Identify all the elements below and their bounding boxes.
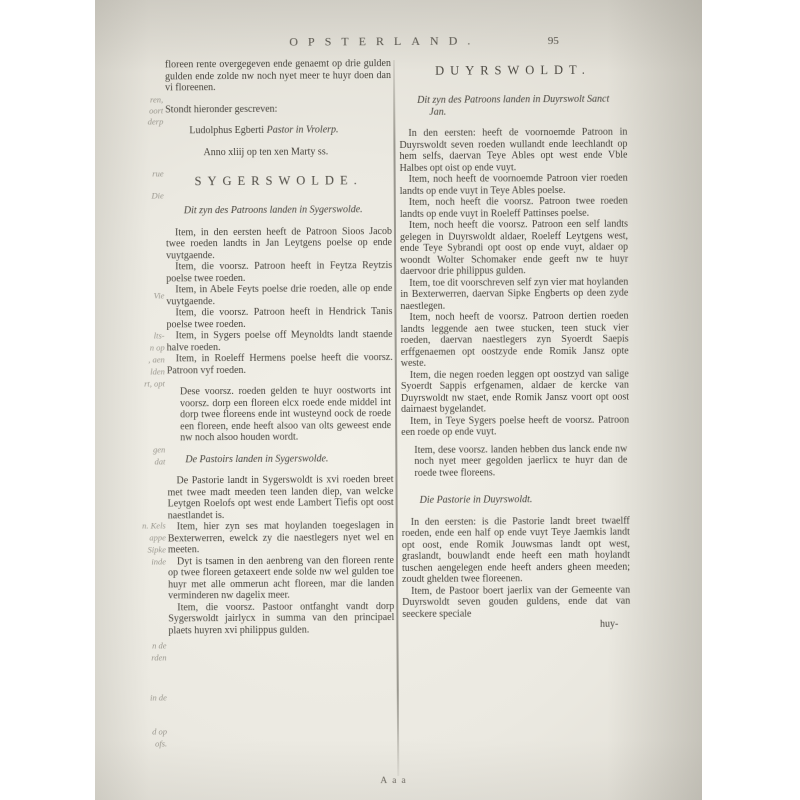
paragraph: Item, in Roeleff Hermens poelse heeft di… xyxy=(167,352,393,376)
margin-fragment: gen xyxy=(95,445,165,454)
column-left: floreen rente overgegeven ende genaemt o… xyxy=(165,58,395,636)
section-subheading: Die Pastorie in Duyrswoldt. xyxy=(414,494,626,507)
section-subheading: Dit zyn des Patroons landen in Sygerswol… xyxy=(178,204,388,217)
paragraph: In den eersten: heeft de voornoemde Patr… xyxy=(399,127,627,174)
attribution-name: Ludolphus Egberti xyxy=(189,125,266,136)
paragraph: Item, hier zyn ses mat hoylanden toegesl… xyxy=(168,520,394,556)
margin-fragment: d op xyxy=(97,727,167,736)
paragraph: Dyt is tsamen in den aenbreng van den fl… xyxy=(168,555,394,602)
page-content: ren,oortderprueDieVielts-n op, aenldenrt… xyxy=(93,0,705,800)
paragraph: Item, noch heeft die voorsz. Patroon twe… xyxy=(400,196,628,220)
margin-fragment: ofs. xyxy=(97,739,167,748)
paragraph: Item, noch heeft die voorsz. Patroon een… xyxy=(400,219,628,278)
paragraph: floreen rente overgegeven ende genaemt o… xyxy=(165,58,391,94)
margin-fragment: lden xyxy=(95,367,165,376)
margin-fragment: Vie xyxy=(94,291,164,300)
paragraph: De Pastorie landt in Sygerswoldt is xvi … xyxy=(167,474,393,521)
margin-fragment: n op xyxy=(95,343,165,352)
attribution-line: Ludolphus Egberti Pastor in Vrolerp. xyxy=(189,124,391,137)
margin-fragment: n. Kels xyxy=(96,521,166,530)
attribution-title: Pastor in Vrolerp. xyxy=(267,124,339,135)
margin-fragment: oort xyxy=(93,106,163,115)
paragraph: Item, de Pastoor boert jaerlix van der G… xyxy=(402,584,630,620)
margin-fragment: rt, opt xyxy=(95,379,165,388)
section-subheading: De Pastoirs landen in Sygerswolde. xyxy=(179,453,389,466)
column-divider-rule xyxy=(393,60,399,776)
margin-fragment: n de xyxy=(96,641,166,650)
paragraph: In den eersten: is die Pastorie landt br… xyxy=(402,515,630,585)
section-subheading: Dit zyn des Patroons landen in Duyrswolt… xyxy=(411,94,623,118)
margin-fragment: rue xyxy=(94,169,164,178)
indented-paragraph: Dese voorsz. roeden gelden te huyr oostw… xyxy=(180,385,391,444)
margin-fragment: lts- xyxy=(95,331,165,340)
margin-fragment: , aen xyxy=(95,355,165,364)
paragraph: Item, die negen roeden leggen opt oostzy… xyxy=(401,368,629,415)
paragraph: Item, noch heeft de voorsz. Patroon dert… xyxy=(400,311,628,370)
margin-fragment: Sipke xyxy=(96,545,166,554)
column-right: DUYRSWOLDT.Dit zyn des Patroons landen i… xyxy=(399,57,630,632)
indented-paragraph: Item, dese voorsz. landen hebben dus lan… xyxy=(414,443,627,479)
margin-fragment: inde xyxy=(96,557,166,566)
paragraph: Item, toe dit voorschreven self zyn vier… xyxy=(400,276,628,312)
gutter-fragments: ren,oortderprueDieVielts-n op, aenldenrt… xyxy=(93,0,700,2)
page-number: 95 xyxy=(548,35,559,47)
signature-mark: Aaa xyxy=(380,776,410,786)
margin-fragment: derp xyxy=(93,117,163,126)
margin-fragment: appe xyxy=(96,533,166,542)
running-header: OPSTERLAND. xyxy=(289,33,480,49)
margin-fragment: rden xyxy=(97,653,167,662)
paragraph: Item, noch heeft de voornoemde Patroon v… xyxy=(400,173,628,197)
margin-fragment: dat xyxy=(95,457,165,466)
paragraph: Item, in den eersten heeft de Patroon Si… xyxy=(166,226,392,262)
paragraph: Item, die voorsz. Patroon heeft in Feytz… xyxy=(166,260,392,284)
photo-background: { "header": { "title": "OPSTERLAND.", "p… xyxy=(0,0,800,800)
section-heading: DUYRSWOLDT. xyxy=(399,63,627,79)
catchword: huy- xyxy=(402,619,630,632)
margin-fragment: Die xyxy=(94,191,164,200)
paragraph: Item, in Sygers poelse off Meynoldts lan… xyxy=(167,329,393,353)
paragraph: Stondt hieronder gescreven: xyxy=(165,103,391,116)
margin-fragment: ren, xyxy=(93,95,163,104)
paragraph: Item, die voorsz. Pastoor ontfanght vand… xyxy=(168,601,394,637)
margin-fragment: in de xyxy=(97,693,167,702)
anno-line: Anno xliij op ten xen Marty ss. xyxy=(203,146,391,159)
book-page: ren,oortderprueDieVielts-n op, aenldenrt… xyxy=(95,0,702,800)
section-heading: SYGERSWOLDE. xyxy=(166,173,392,189)
paragraph: Item, in Abele Feyts poelse drie roeden,… xyxy=(166,283,392,307)
paragraph: Item, in Teye Sygers poelse heeft de voo… xyxy=(401,414,629,438)
paragraph: Item, die voorsz. Patroon heeft in Hendr… xyxy=(166,306,392,330)
